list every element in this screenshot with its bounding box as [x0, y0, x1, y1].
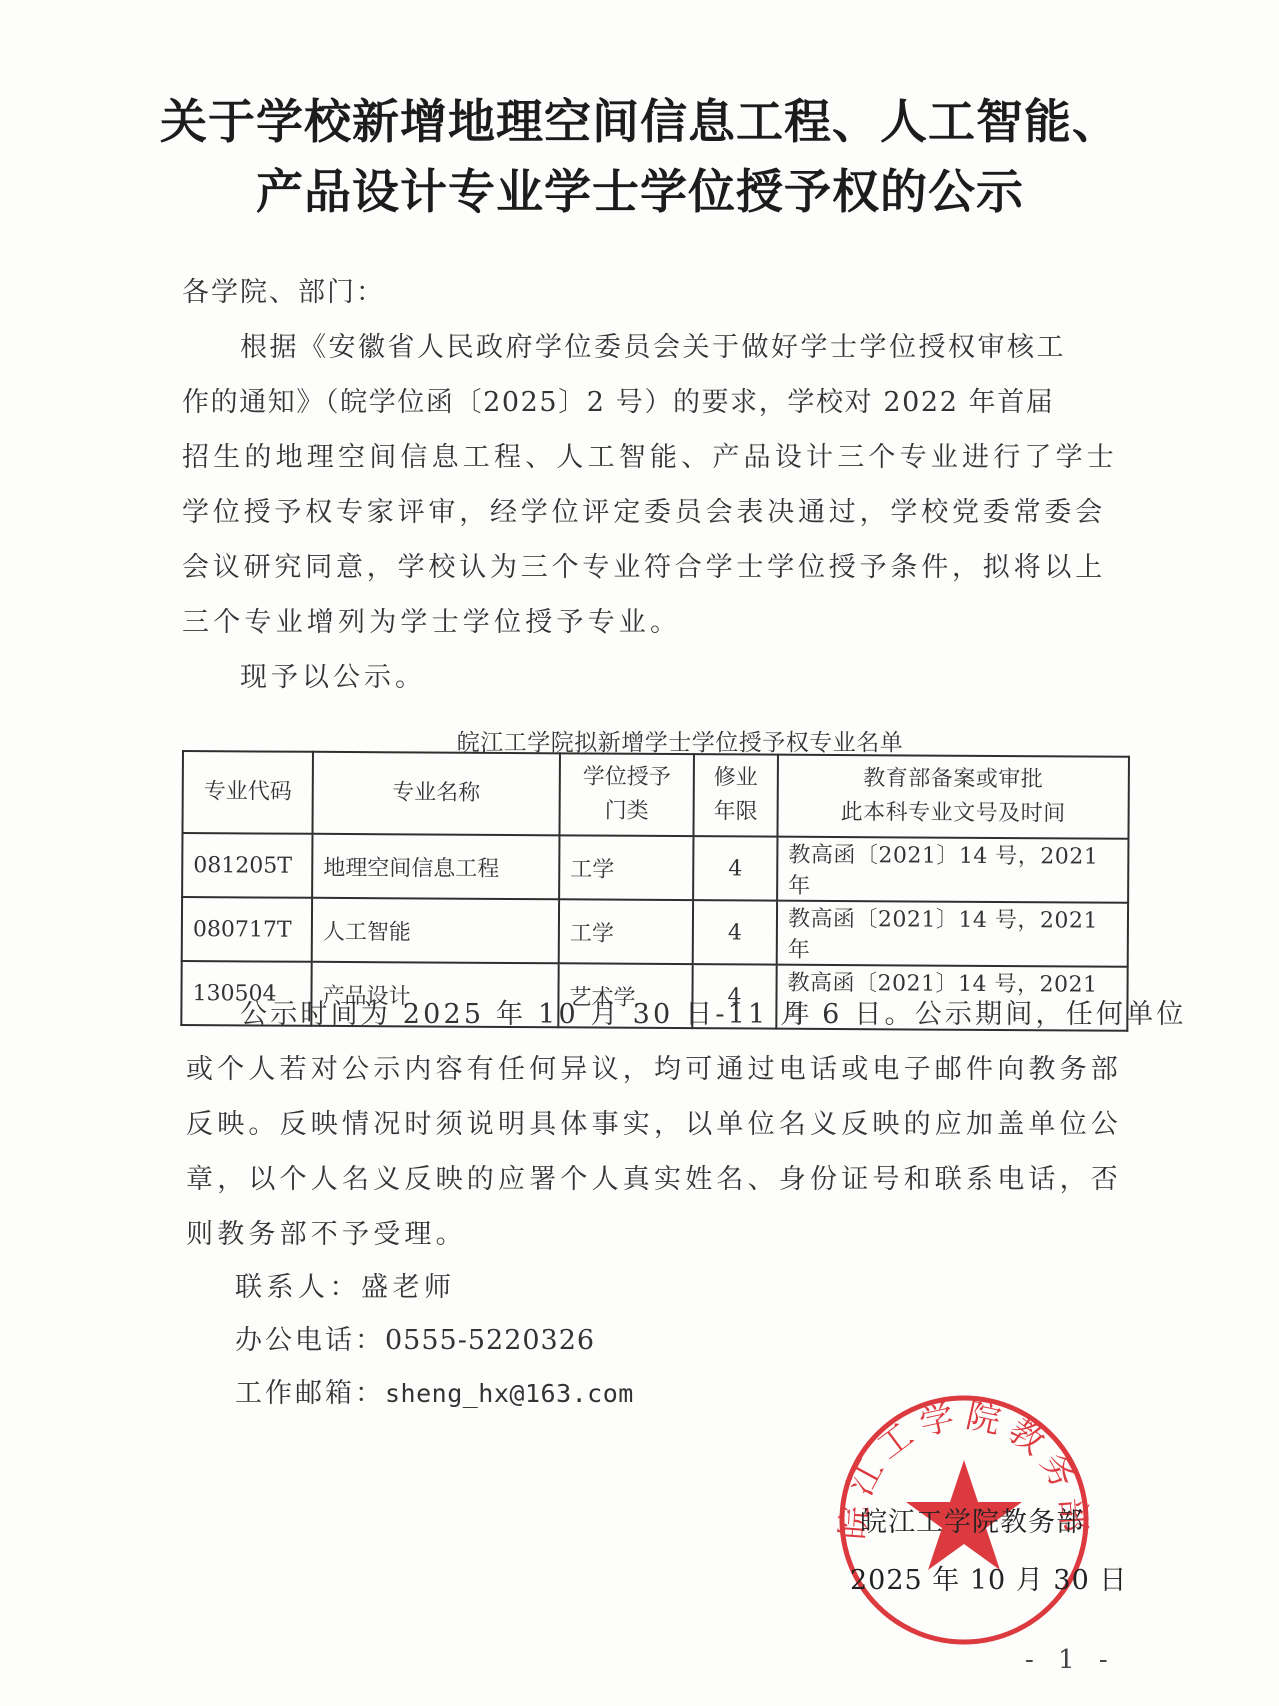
cell-doc: 教高函〔2021〕14 号，2021 年	[777, 901, 1128, 967]
header-years: 修业 年限	[693, 754, 777, 837]
header-code: 专业代码	[182, 751, 312, 834]
contact-phone-label: 办公电话：	[235, 1325, 385, 1356]
cell-category: 工学	[559, 835, 693, 900]
table-row: 080717T 人工智能 工学 4 教高函〔2021〕14 号，2021 年	[182, 897, 1128, 967]
cell-name: 地理空间信息工程	[312, 834, 559, 900]
header-category: 学位授予 门类	[559, 753, 693, 836]
paragraph-line: 作的通知》（皖学位函〔2025〕2 号）的要求，学校对 2022 年首届	[182, 380, 1054, 419]
cell-years: 4	[693, 836, 777, 901]
issue-date: 2025 年 10 月 30 日	[850, 1558, 1127, 1597]
cell-category: 工学	[559, 899, 693, 964]
salutation: 各学院、部门：	[182, 270, 385, 309]
header-years-line2: 年限	[714, 799, 758, 824]
cell-doc: 教高函〔2021〕14 号，2021 年	[777, 837, 1128, 903]
issuer-name: 皖江工学院教务部	[860, 1500, 1084, 1539]
major-table: 专业代码 专业名称 学位授予 门类 修业 年限 教育部备案或审批 此本科专业文号…	[180, 750, 1130, 1032]
paragraph-line: 则教务部不予受理。	[186, 1212, 467, 1251]
contact-person: 联系人：盛老师	[235, 1265, 456, 1304]
announce-line: 现予以公示。	[240, 655, 426, 694]
contact-phone: 办公电话：0555-5220326	[235, 1318, 595, 1357]
header-category-line2: 门类	[605, 799, 649, 824]
paragraph-line: 会议研究同意，学校认为三个专业符合学士学位授予条件，拟将以上	[182, 545, 1106, 584]
paragraph-line: 三个专业增列为学士学位授予专业。	[182, 600, 681, 639]
paragraph-line: 招生的地理空间信息工程、人工智能、产品设计三个专业进行了学士	[182, 435, 1118, 474]
table-header-row: 专业代码 专业名称 学位授予 门类 修业 年限 教育部备案或审批 此本科专业文号…	[182, 751, 1128, 839]
header-doc-line2: 此本科专业文号及时间	[841, 800, 1066, 826]
document-page: 关于学校新增地理空间信息工程、人工智能、 产品设计专业学士学位授予权的公示 各学…	[0, 0, 1279, 1706]
paragraph-line: 根据《安徽省人民政府学位委员会关于做好学士学位授权审核工	[240, 325, 1066, 364]
paragraph-line: 学位授予权专家评审，经学位评定委员会表决通过，学校党委常委会	[182, 490, 1106, 529]
contact-email: 工作邮箱：sheng_hx@163.com	[235, 1371, 634, 1410]
header-doc-line1: 教育部备案或审批	[863, 766, 1043, 792]
contact-person-value: 盛老师	[361, 1272, 456, 1303]
paragraph-line: 或个人若对公示内容有任何异议，均可通过电话或电子邮件向教务部	[186, 1047, 1122, 1086]
paragraph-line: 章，以个人名义反映的应署个人真实姓名、身份证号和联系电话，否	[186, 1157, 1122, 1196]
cell-code: 080717T	[182, 897, 312, 962]
contact-person-label: 联系人：	[235, 1272, 361, 1303]
cell-code: 081205T	[182, 833, 312, 898]
header-name: 专业名称	[312, 752, 559, 836]
paragraph-line: 公示时间为 2025 年 10 月 30 日-11 月 6 日。公示期间，任何单…	[240, 992, 1187, 1031]
header-doc: 教育部备案或审批 此本科专业文号及时间	[777, 755, 1128, 839]
contact-email-value: sheng_hx@163.com	[385, 1379, 634, 1408]
header-category-line1: 学位授予	[583, 764, 671, 790]
cell-name: 人工智能	[312, 898, 559, 964]
title-line-2: 产品设计专业学士学位授予权的公示	[150, 155, 1130, 222]
table-row: 081205T 地理空间信息工程 工学 4 教高函〔2021〕14 号，2021…	[182, 833, 1128, 903]
cell-years: 4	[693, 900, 777, 965]
title-line-1: 关于学校新增地理空间信息工程、人工智能、	[150, 85, 1130, 152]
header-years-line1: 修业	[714, 765, 758, 790]
paragraph-line: 反映。反映情况时须说明具体事实，以单位名义反映的应加盖单位公	[186, 1102, 1122, 1141]
contact-email-label: 工作邮箱：	[235, 1378, 385, 1409]
contact-phone-value: 0555-5220326	[385, 1325, 595, 1356]
